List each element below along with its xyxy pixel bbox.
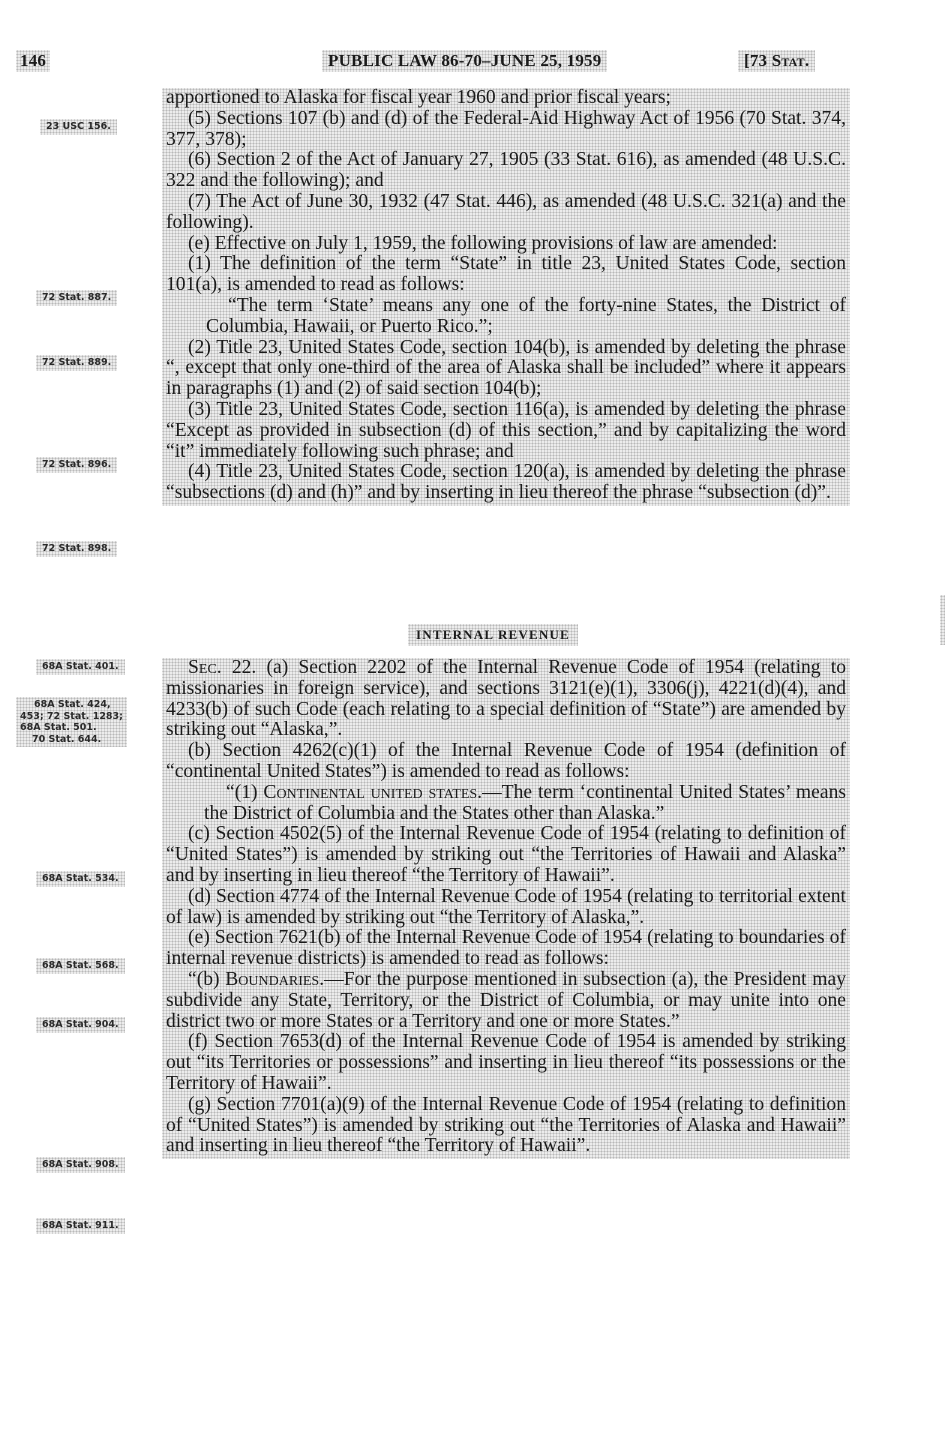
paragraph: (6) Section 2 of the Act of January 27, … <box>166 150 846 192</box>
paragraph: (e) Effective on July 1, 1959, the follo… <box>166 234 846 255</box>
margin-note: 72 Stat. 887. <box>36 290 117 306</box>
quoted-definition: “(b) Boundaries.—For the purpose mention… <box>166 970 846 1032</box>
margin-note-line: 453; 72 Stat. 1283; <box>20 711 123 723</box>
quote-lead: “(b) <box>188 969 225 990</box>
paragraph: (f) Section 7653(d) of the Internal Reve… <box>166 1032 846 1094</box>
highway-provisions-block: apportioned to Alaska for fiscal year 19… <box>162 88 850 506</box>
paragraph: Sec. 22. (a) Section 2202 of the Interna… <box>166 658 846 741</box>
paragraph: (5) Sections 107 (b) and (d) of the Fede… <box>166 109 846 151</box>
paragraph: (4) Title 23, United States Code, sectio… <box>166 462 846 504</box>
section-heading: INTERNAL REVENUE <box>408 624 578 646</box>
running-title: PUBLIC LAW 86-70–JUNE 25, 1959 <box>322 50 607 72</box>
paragraph: (3) Title 23, United States Code, sectio… <box>166 400 846 462</box>
paragraph: (e) Section 7621(b) of the Internal Reve… <box>166 928 846 970</box>
margin-note: 72 Stat. 896. <box>36 457 117 473</box>
paragraph: (d) Section 4774 of the Internal Revenue… <box>166 887 846 929</box>
margin-note-group: 68A Stat. 424, 453; 72 Stat. 1283; 68A S… <box>16 697 127 747</box>
defined-term: Continental united states. <box>263 782 482 803</box>
quoted-definition: “(1) Continental united states.—The term… <box>166 783 846 825</box>
margin-note-line: 70 Stat. 644. <box>20 734 123 746</box>
scan-edge-artifact <box>940 595 945 645</box>
margin-note: 72 Stat. 889. <box>36 355 117 371</box>
quote-lead: “(1) <box>226 782 263 803</box>
paragraph: (c) Section 4502(5) of the Internal Reve… <box>166 824 846 886</box>
margin-note: 68A Stat. 908. <box>36 1157 125 1173</box>
internal-revenue-block: Sec. 22. (a) Section 2202 of the Interna… <box>162 658 850 1159</box>
quoted-definition: “The term ‘State’ means any one of the f… <box>166 296 846 338</box>
margin-note: 23 USC 156. <box>40 119 117 135</box>
margin-note: 68A Stat. 568. <box>36 958 125 974</box>
paragraph: apportioned to Alaska for fiscal year 19… <box>166 88 846 109</box>
margin-note: 68A Stat. 534. <box>36 871 125 887</box>
paragraph-text: (a) Section 2202 of the Internal Revenue… <box>166 657 846 740</box>
paragraph: (1) The definition of the term “State” i… <box>166 254 846 296</box>
paragraph: (g) Section 7701(a)(9) of the Internal R… <box>166 1095 846 1157</box>
margin-note-line: 68A Stat. 424, <box>20 699 123 711</box>
statute-reference: [73 Stat. <box>738 50 815 72</box>
section-label: Sec. 22. <box>188 657 256 678</box>
paragraph: (7) The Act of June 30, 1932 (47 Stat. 4… <box>166 192 846 234</box>
margin-note: 68A Stat. 904. <box>36 1017 125 1033</box>
page-number: 146 <box>16 50 50 72</box>
margin-note-line: 68A Stat. 501. <box>20 722 123 734</box>
defined-term: Boundaries. <box>225 969 324 990</box>
margin-note: 68A Stat. 401. <box>36 659 125 675</box>
margin-note: 68A Stat. 911. <box>36 1218 125 1234</box>
paragraph: (b) Section 4262(c)(1) of the Internal R… <box>166 741 846 783</box>
paragraph: (2) Title 23, United States Code, sectio… <box>166 338 846 400</box>
margin-note: 72 Stat. 898. <box>36 541 117 557</box>
